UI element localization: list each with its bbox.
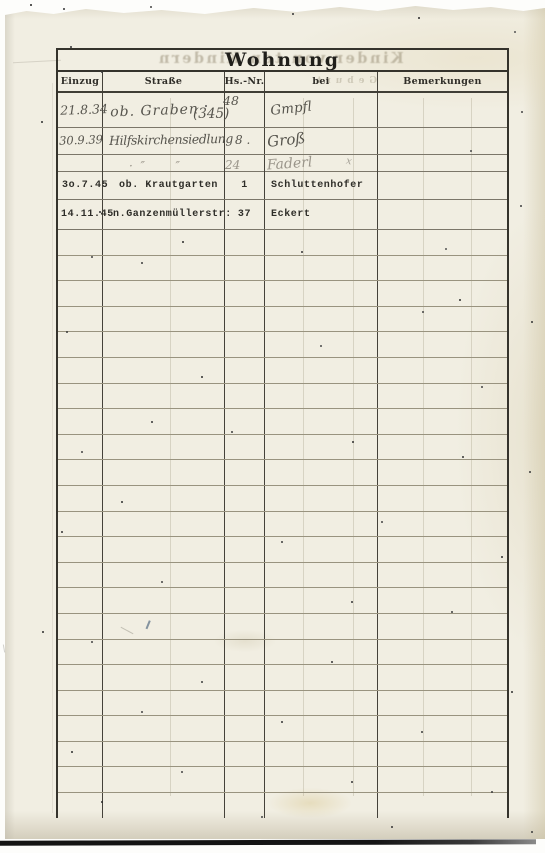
- empty-cell: [225, 307, 265, 332]
- empty-row: [58, 512, 507, 538]
- empty-cell: [265, 332, 378, 357]
- empty-cell: [225, 332, 265, 357]
- empty-cell: [58, 563, 103, 588]
- empty-row: [58, 358, 507, 384]
- empty-cell: [378, 256, 507, 281]
- empty-cell: [378, 742, 507, 767]
- empty-cell: [225, 358, 265, 383]
- empty-cell: [265, 512, 378, 537]
- column-header-label: Straße: [145, 76, 182, 87]
- empty-cell: [225, 640, 265, 665]
- empty-row: [58, 563, 507, 589]
- paper-crease-horizontal: [13, 60, 61, 64]
- empty-cell: [225, 460, 265, 485]
- empty-cell: [103, 307, 225, 332]
- cell-strasse: Hilfskirchensiedlung: [103, 128, 225, 154]
- cell-value: 30.9.39: [58, 127, 104, 148]
- empty-cell: [225, 512, 265, 537]
- empty-row: [58, 665, 507, 691]
- cell-bei: Groß: [265, 128, 378, 154]
- empty-cell: [103, 409, 225, 434]
- column-header-label: bei: [312, 76, 329, 87]
- empty-cell: [58, 332, 103, 357]
- cell-value: 3o.7.45: [62, 180, 108, 191]
- cell-bei: Schluttenhofer: [265, 172, 378, 199]
- empty-cell: [58, 614, 103, 639]
- empty-cell: [225, 281, 265, 306]
- empty-cell: [265, 460, 378, 485]
- empty-cell: [103, 793, 225, 818]
- cell-value: (345): [193, 106, 229, 122]
- empty-cell: [378, 460, 507, 485]
- table-row: 3o.7.45ob. Krautgarten1Schluttenhofer: [58, 172, 507, 200]
- empty-cell: [58, 716, 103, 741]
- pencil-smudge: [3, 644, 5, 652]
- empty-row: [58, 230, 507, 256]
- cell-strasse: ob. Krautgarten: [103, 172, 225, 199]
- empty-cell: [103, 640, 225, 665]
- empty-cell: [58, 767, 103, 792]
- cell-value: ob. Graben: [103, 91, 200, 120]
- empty-cell: [58, 793, 103, 818]
- empty-row: [58, 409, 507, 435]
- empty-cell: [103, 256, 225, 281]
- empty-row: [58, 537, 507, 563]
- column-header-label: Bemerkungen: [403, 76, 481, 87]
- empty-row: [58, 588, 507, 614]
- empty-cell: [225, 256, 265, 281]
- empty-row: [58, 281, 507, 307]
- empty-cell: [58, 640, 103, 665]
- empty-cell: [265, 358, 378, 383]
- cell-hsnr: 48(345): [225, 93, 265, 127]
- empty-cell: [225, 537, 265, 562]
- cell-bemerkungen: [378, 172, 507, 199]
- cell-einzug: 21.8.34: [58, 93, 103, 127]
- empty-cell: [378, 767, 507, 792]
- empty-cell: [378, 537, 507, 562]
- cell-bemerkungen: [378, 200, 507, 229]
- empty-cell: [225, 230, 265, 255]
- cell-value: 24: [225, 158, 240, 172]
- cell-bemerkungen: [378, 93, 507, 127]
- empty-cell: [265, 640, 378, 665]
- empty-cell: [225, 742, 265, 767]
- table-row: 21.8.34ob. Graben48(345)Gmpfl: [58, 93, 507, 128]
- empty-cell: [225, 384, 265, 409]
- scan-edge-shadow: [0, 839, 536, 845]
- empty-cell: [103, 742, 225, 767]
- empty-cell: [58, 435, 103, 460]
- empty-cell: [58, 358, 103, 383]
- empty-cell: [265, 409, 378, 434]
- empty-cell: [225, 716, 265, 741]
- empty-row: [58, 614, 507, 640]
- empty-cell: [265, 537, 378, 562]
- empty-cell: [225, 665, 265, 690]
- empty-cell: [378, 230, 507, 255]
- empty-cell: [378, 435, 507, 460]
- column-header-bei: bei: [265, 72, 378, 91]
- empty-cell: [265, 767, 378, 792]
- empty-cell: [103, 460, 225, 485]
- cell-hsnr: 1: [225, 172, 265, 199]
- empty-cell: [103, 435, 225, 460]
- cell-bei: Eckert: [265, 200, 378, 229]
- column-header-strasse: Straße: [103, 72, 225, 91]
- empty-cell: [225, 691, 265, 716]
- empty-cell: [378, 332, 507, 357]
- empty-cell: [58, 691, 103, 716]
- scanned-registration-card: { "page": { "title": "Wohnung" }, "table…: [0, 0, 545, 853]
- empty-row: [58, 384, 507, 410]
- cell-value: Groß: [264, 126, 306, 151]
- empty-cell: [265, 486, 378, 511]
- empty-cell: [265, 793, 378, 818]
- table-row: · ″ ″24Faderl: [58, 155, 507, 172]
- empty-row: [58, 486, 507, 512]
- empty-cell: [265, 307, 378, 332]
- empty-cell: [378, 358, 507, 383]
- cell-value: 21.8.34: [58, 92, 109, 118]
- empty-row: [58, 307, 507, 333]
- empty-cell: [103, 767, 225, 792]
- empty-cell: [378, 563, 507, 588]
- empty-cell: [265, 588, 378, 613]
- empty-row: [58, 460, 507, 486]
- empty-cell: [378, 614, 507, 639]
- empty-cell: [265, 614, 378, 639]
- empty-cell: [103, 665, 225, 690]
- empty-cell: [58, 742, 103, 767]
- empty-cell: [58, 384, 103, 409]
- empty-cell: [225, 614, 265, 639]
- empty-cell: [378, 588, 507, 613]
- table-row: 14.11.45n.Ganzenmüllerstr:37Eckert: [58, 200, 507, 230]
- cell-value: Gmpfl: [264, 91, 312, 120]
- table-open-bottom-row: [58, 793, 507, 818]
- empty-cell: [58, 307, 103, 332]
- cell-value: 8 .: [225, 128, 250, 147]
- cell-value: Schluttenhofer: [271, 180, 363, 191]
- cell-value: Faderl: [264, 154, 313, 173]
- column-header-einzug: Einzug: [58, 72, 103, 91]
- empty-cell: [378, 486, 507, 511]
- empty-row: [58, 716, 507, 742]
- empty-cell: [378, 307, 507, 332]
- empty-row: [58, 742, 507, 768]
- empty-cell: [378, 640, 507, 665]
- cell-bemerkungen: [378, 128, 507, 154]
- cell-einzug: 3o.7.45: [58, 172, 103, 199]
- cell-value: Hilfskirchensiedlung: [103, 127, 233, 148]
- empty-cell: [58, 230, 103, 255]
- table-body: 21.8.34ob. Graben48(345)Gmpfl30.9.39Hilf…: [58, 93, 507, 818]
- empty-cell: [103, 230, 225, 255]
- empty-cell: [103, 384, 225, 409]
- empty-row: [58, 256, 507, 282]
- cell-einzug: 14.11.45: [58, 200, 103, 229]
- empty-cell: [265, 665, 378, 690]
- empty-cell: [265, 716, 378, 741]
- cell-value: n.Ganzenmüllerstr:: [113, 209, 232, 220]
- paper-crease-vertical: [52, 83, 53, 813]
- empty-cell: [58, 537, 103, 562]
- empty-cell: [225, 435, 265, 460]
- table-header-row: Einzug Straße Hs.-Nr. bei Bemerkungen: [58, 72, 507, 93]
- empty-cell: [103, 716, 225, 741]
- empty-cell: [103, 537, 225, 562]
- empty-row: [58, 435, 507, 461]
- column-header-hsnr: Hs.-Nr.: [225, 72, 265, 91]
- empty-cell: [225, 588, 265, 613]
- empty-cell: [103, 588, 225, 613]
- empty-cell: [225, 767, 265, 792]
- column-header-label: Hs.-Nr.: [225, 76, 265, 87]
- empty-cell: [265, 384, 378, 409]
- cell-value: ob. Krautgarten: [119, 180, 218, 191]
- empty-cell: [225, 486, 265, 511]
- empty-cell: [103, 563, 225, 588]
- cell-value: Eckert: [271, 209, 311, 220]
- cell-value: · ″ ″: [103, 158, 180, 173]
- empty-row: [58, 767, 507, 793]
- empty-cell: [378, 716, 507, 741]
- cell-strasse: n.Ganzenmüllerstr:: [103, 200, 225, 229]
- empty-cell: [225, 409, 265, 434]
- cell-einzug: 30.9.39: [58, 128, 103, 154]
- empty-cell: [103, 358, 225, 383]
- table-row: 30.9.39Hilfskirchensiedlung8 .Groß: [58, 128, 507, 155]
- empty-cell: [378, 281, 507, 306]
- empty-cell: [265, 742, 378, 767]
- cell-value: 37: [238, 209, 251, 220]
- empty-cell: [58, 512, 103, 537]
- empty-cell: [225, 793, 265, 818]
- cell-bei: Gmpfl: [265, 93, 378, 127]
- empty-cell: [265, 281, 378, 306]
- empty-cell: [103, 512, 225, 537]
- cell-value: 1: [241, 180, 248, 191]
- empty-cell: [265, 230, 378, 255]
- wohnung-table: Wohnung Einzug Straße Hs.-Nr. bei Bemerk…: [56, 48, 509, 818]
- empty-cell: [265, 691, 378, 716]
- empty-cell: [58, 256, 103, 281]
- empty-cell: [378, 793, 507, 818]
- empty-cell: [58, 486, 103, 511]
- cell-hsnr: 8 .: [225, 128, 265, 154]
- empty-cell: [265, 435, 378, 460]
- empty-cell: [378, 409, 507, 434]
- empty-cell: [58, 409, 103, 434]
- empty-cell: [225, 563, 265, 588]
- column-header-bemerkungen: Bemerkungen: [378, 72, 507, 91]
- scan-speckles: [0, 0, 2, 2]
- empty-cell: [378, 691, 507, 716]
- empty-row: [58, 640, 507, 666]
- empty-cell: [103, 486, 225, 511]
- empty-cell: [378, 512, 507, 537]
- cell-hsnr: 37: [225, 200, 265, 229]
- empty-row: [58, 691, 507, 717]
- table-title: Wohnung: [58, 50, 507, 72]
- empty-cell: [103, 691, 225, 716]
- column-header-label: Einzug: [61, 76, 100, 87]
- empty-row: [58, 332, 507, 358]
- empty-cell: [58, 665, 103, 690]
- empty-cell: [265, 563, 378, 588]
- empty-cell: [103, 281, 225, 306]
- empty-cell: [378, 384, 507, 409]
- empty-cell: [58, 588, 103, 613]
- empty-cell: [378, 665, 507, 690]
- empty-cell: [58, 460, 103, 485]
- empty-cell: [58, 281, 103, 306]
- empty-cell: [103, 332, 225, 357]
- empty-cell: [265, 256, 378, 281]
